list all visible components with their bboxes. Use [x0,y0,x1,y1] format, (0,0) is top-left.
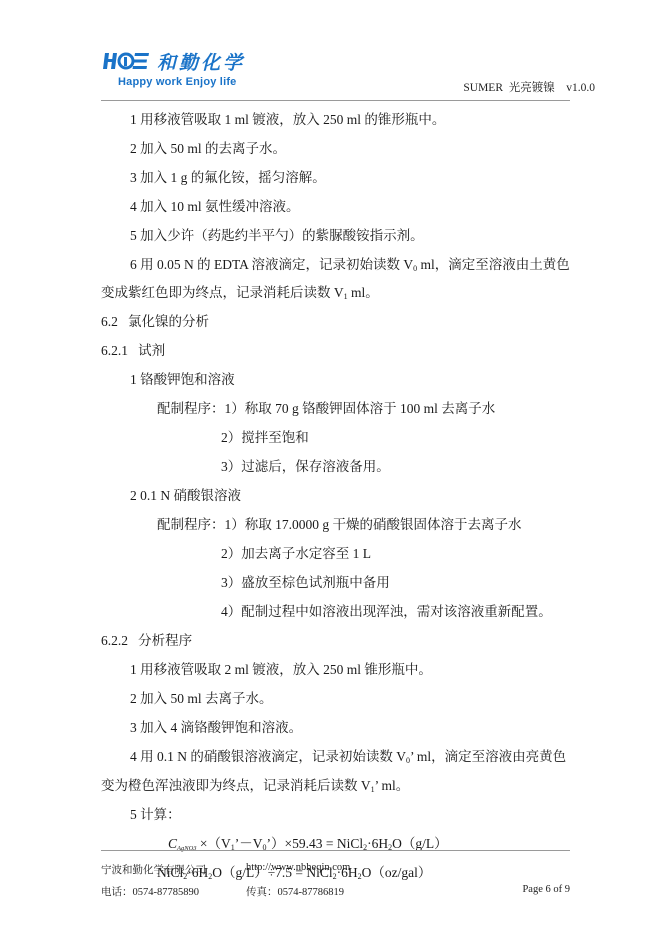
slogan: Happy work Enjoy life [118,76,237,88]
company-logo: 和勤化学 [103,49,245,73]
step-b-3: 3 加入 4 滴铬酸钾饱和溶液。 [130,719,302,737]
reagent-1-step-3: 3）过滤后，保存溶液备用。 [221,458,390,476]
page-number: Page 6 of 9 [522,884,570,895]
company-name-cn: 和勤化学 [157,48,245,75]
text: ’ ml。 [375,778,410,793]
text: ’－V [235,836,263,851]
formula-1: CAgNO3 ×（V1’－V0’）×59.43 = NiCl2·6H2O（g/L… [168,835,448,858]
text: 4 用 0.1 N 的硝酸银溶液滴定，记录初始读数 V [130,749,406,764]
step-b-4-line1: 4 用 0.1 N 的硝酸银溶液滴定，记录初始读数 V0’ ml，滴定至溶液由亮… [130,748,566,770]
reagent-2-step-2: 2）加去离子水定容至 1 L [221,545,371,563]
text: 6 用 0.05 N 的 EDTA 溶液滴定，记录初始读数 V [130,257,413,272]
reagent-1-title: 1 铬酸钾饱和溶液 [130,371,235,389]
step-a-4: 4 加入 10 ml 氨性缓冲溶液。 [130,198,300,216]
footer-divider [101,850,570,851]
reagent-1-step-1: 配制程序：1）称取 70 g 铬酸钾固体溶于 100 ml 去离子水 [157,400,495,418]
text: ml，滴定至溶液由土黄色 [417,257,570,272]
document-title: SUMER 光亮镀镍 v1.0.0 [463,79,595,95]
reagent-2-step-4: 4）配制过程中如溶液出现浑浊，需对该溶液重新配置。 [221,603,552,621]
step-b-1: 1 用移液管吸取 2 ml 镀液，放入 250 ml 锥形瓶中。 [130,661,432,679]
footer-company: 宁波和勤化学有限公司 [101,862,206,877]
hqe-logo-icon [103,51,149,71]
text: ml。 [348,285,379,300]
step-a-1: 1 用移液管吸取 1 ml 镀液，放入 250 ml 的锥形瓶中。 [130,111,445,129]
footer-fax: 传真：0574-87786819 [246,884,344,899]
section-heading-6-2-1: 6.2.1 试剂 [101,342,165,360]
formula-c: CAgNO3 [168,836,197,851]
reagent-2-step-3: 3）盛放至棕色试剂瓶中备用 [221,574,390,592]
text: ’）×59.43 = NiCl [267,836,364,851]
reagent-2-title: 2 0.1 N 硝酸银溶液 [130,487,241,505]
section-heading-6-2-2: 6.2.2 分析程序 [101,632,192,650]
step-a-2: 2 加入 50 ml 的去离子水。 [130,140,286,158]
reagent-1-step-2: 2）搅拌至饱和 [221,429,309,447]
step-b-2: 2 加入 50 ml 去离子水。 [130,690,273,708]
step-b-4-line2: 变为橙色浑浊液即为终点，记录消耗后读数 V1’ ml。 [101,777,409,799]
footer-website-link[interactable]: http://www.nbheqin.com [246,862,350,873]
step-a-6-line2: 变成紫红色即为终点，记录消耗后读数 V1 ml。 [101,284,379,306]
footer-phone: 电话：0574-87785890 [101,884,199,899]
text: O（oz/gal） [362,865,432,880]
text: O（g/L） [392,836,448,851]
step-a-5: 5 加入少许（药匙约半平勺）的紫脲酸铵指示剂。 [130,227,424,245]
step-a-6-line1: 6 用 0.05 N 的 EDTA 溶液滴定，记录初始读数 V0 ml，滴定至溶… [130,256,570,278]
text: ×（V [197,836,231,851]
calc-title: 5 计算： [130,806,181,824]
text: ·6H [367,836,388,851]
section-heading-6-2: 6.2 氯化镍的分析 [101,313,209,331]
text: 变为橙色浑浊液即为终点，记录消耗后读数 V [101,778,371,793]
reagent-2-step-1: 配制程序：1）称取 17.0000 g 干燥的硝酸银固体溶于去离子水 [157,516,522,534]
text: C [168,836,177,851]
step-a-3: 3 加入 1 g 的氟化铵，摇匀溶解。 [130,169,326,187]
header-divider [101,100,570,101]
text: 变成紫红色即为终点，记录消耗后读数 V [101,285,344,300]
text: ’ ml，滴定至溶液由亮黄色 [410,749,566,764]
